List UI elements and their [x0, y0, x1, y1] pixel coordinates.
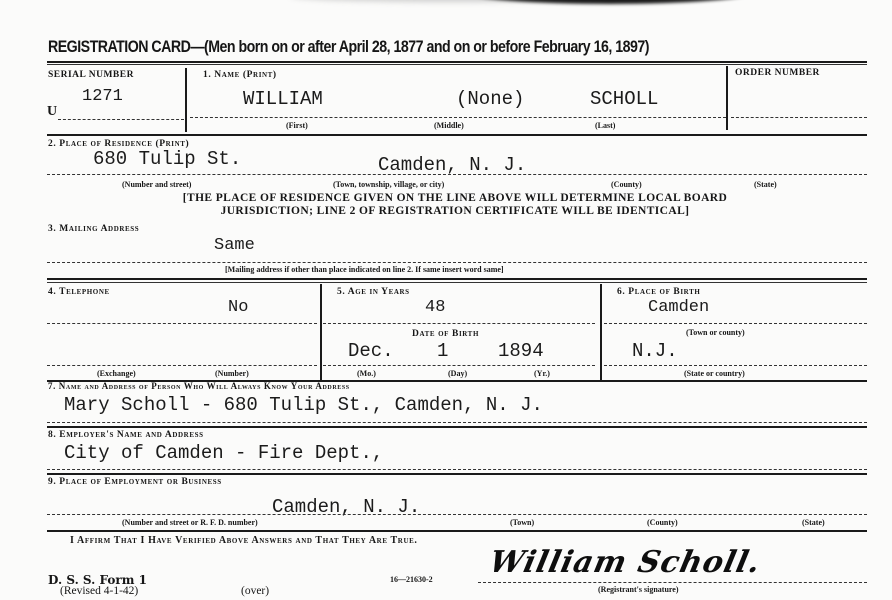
residence-town-caption: (Town, township, village, or city)	[333, 180, 444, 189]
employment-county-caption: (County)	[647, 518, 678, 527]
print-code: 16—21630-2	[390, 575, 433, 584]
form-over-note: (over)	[241, 585, 269, 597]
contact-line	[47, 422, 867, 423]
telephone-number-caption: (Number)	[215, 369, 249, 378]
name-last: SCHOLL	[590, 88, 658, 110]
age-value: 48	[425, 298, 445, 317]
mailing-label: 3. Mailing Address	[48, 224, 139, 234]
residence-line	[47, 174, 867, 175]
telephone-label: 4. Telephone	[48, 287, 110, 297]
dob-year: 1894	[498, 340, 544, 362]
order-number-label: ORDER NUMBER	[735, 68, 820, 78]
affirmation-text: I Affirm That I Have Verified Above Answ…	[70, 535, 417, 546]
row-rule	[47, 278, 867, 280]
mailing-line	[47, 262, 867, 263]
telephone-exchange-caption: (Exchange)	[97, 369, 136, 378]
name-label: 1. Name (Print)	[203, 70, 277, 80]
serial-number-value: 1271	[82, 87, 123, 106]
row-rule	[47, 530, 867, 532]
birthplace-town-line	[604, 323, 867, 324]
residence-street-caption: (Number and street)	[122, 180, 191, 189]
birthplace-state: N.J.	[632, 340, 678, 362]
birthplace-town-caption: (Town or county)	[686, 328, 745, 337]
residence-notice-line-1: [THE PLACE OF RESIDENCE GIVEN ON THE LIN…	[100, 192, 810, 205]
name-line	[190, 117, 726, 118]
residence-notice: [THE PLACE OF RESIDENCE GIVEN ON THE LIN…	[100, 192, 810, 218]
row-rule	[47, 426, 867, 428]
dob-month-caption: (Mo.)	[357, 369, 376, 378]
registrant-signature: William Scholl.	[486, 545, 764, 580]
signature-caption: (Registrant's signature)	[598, 585, 679, 594]
telephone-value: No	[228, 298, 248, 317]
telephone-line-2	[47, 365, 317, 366]
serial-line	[58, 119, 184, 120]
name-last-caption: (Last)	[595, 121, 615, 130]
employment-street-caption: (Number and street or R. F. D. number)	[122, 518, 258, 527]
divider	[320, 284, 322, 380]
dob-month: Dec.	[348, 340, 394, 362]
divider	[185, 68, 187, 132]
contact-value: Mary Scholl - 680 Tulip St., Camden, N. …	[64, 394, 543, 416]
employer-label: 8. Employer's Name and Address	[48, 430, 204, 440]
birthplace-state-caption: (State or country)	[684, 369, 745, 378]
dob-year-caption: (Yr.)	[534, 369, 550, 378]
dob-label: Date of Birth	[412, 329, 479, 339]
name-middle-caption: (Middle)	[434, 121, 464, 130]
title-rule-thin	[47, 64, 867, 65]
employment-state-caption: (State)	[802, 518, 825, 527]
age-label: 5. Age in Years	[337, 287, 410, 297]
residence-state-caption: (State)	[754, 180, 777, 189]
order-number-line	[731, 117, 867, 118]
row-rule-thin	[47, 282, 867, 283]
residence-street: 680 Tulip St.	[93, 148, 241, 170]
birthplace-label: 6. Place of Birth	[617, 287, 700, 297]
name-middle: (None)	[456, 88, 524, 110]
name-first: WILLIAM	[243, 88, 323, 110]
residence-notice-line-2: JURISDICTION; LINE 2 OF REGISTRATION CER…	[100, 205, 810, 218]
divider	[600, 284, 602, 380]
employer-value: City of Camden - Fire Dept.,	[64, 442, 383, 464]
row-rule	[47, 473, 867, 475]
employment-town-caption: (Town)	[510, 518, 534, 527]
employment-place-line	[47, 514, 867, 515]
birthplace-state-line	[604, 365, 867, 366]
telephone-line	[47, 323, 317, 324]
dob-day-caption: (Day)	[448, 369, 467, 378]
contact-label: 7. Name and Address of Person Who Will A…	[48, 381, 350, 391]
form-revised: (Revised 4-1-42)	[60, 585, 138, 597]
age-line	[323, 323, 595, 324]
birthplace-town: Camden	[648, 298, 709, 317]
employment-place-label: 9. Place of Employment or Business	[48, 477, 222, 487]
title-rule	[47, 61, 867, 63]
scan-smudge	[470, 0, 750, 4]
mailing-value: Same	[214, 236, 255, 255]
dob-line	[323, 365, 595, 366]
residence-county-caption: (County)	[611, 180, 642, 189]
dob-day: 1	[437, 340, 448, 362]
residence-town: Camden, N. J.	[378, 154, 526, 176]
employer-line	[47, 469, 867, 470]
mailing-caption: [Mailing address if other than place ind…	[225, 265, 504, 274]
card-title: REGISTRATION CARD—(Men born on or after …	[48, 38, 649, 57]
serial-prefix: U	[47, 104, 57, 120]
signature-line	[478, 582, 867, 583]
name-first-caption: (First)	[286, 121, 308, 130]
row-rule	[47, 134, 867, 136]
divider	[726, 66, 728, 130]
serial-number-label: SERIAL NUMBER	[48, 70, 134, 80]
